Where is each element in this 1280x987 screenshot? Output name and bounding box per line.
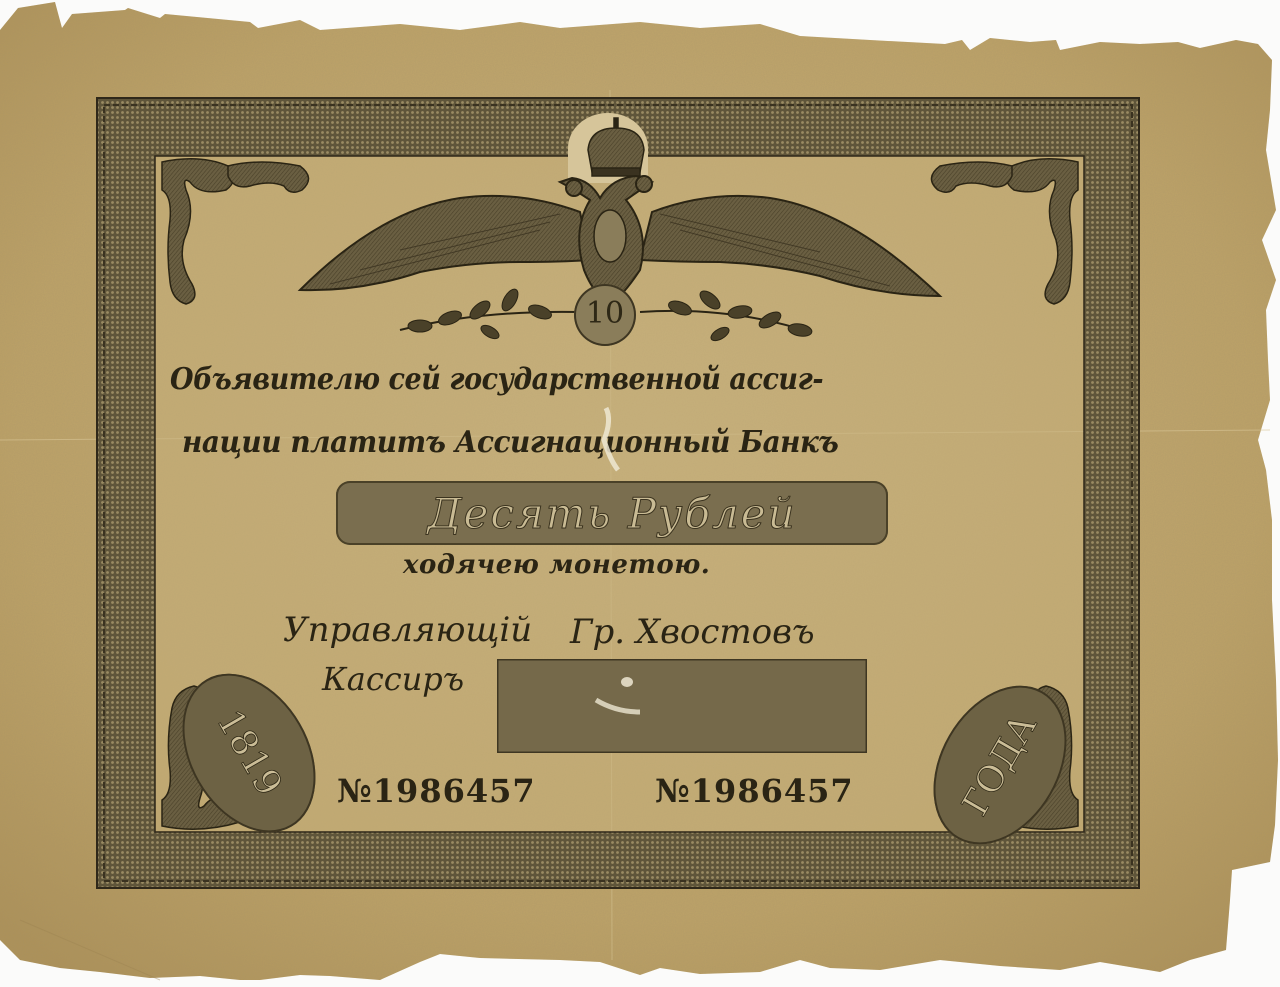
wear-marks [0,0,1280,987]
banknote-image: 10 Объявителю сей государственной ассиг-… [0,0,1280,987]
